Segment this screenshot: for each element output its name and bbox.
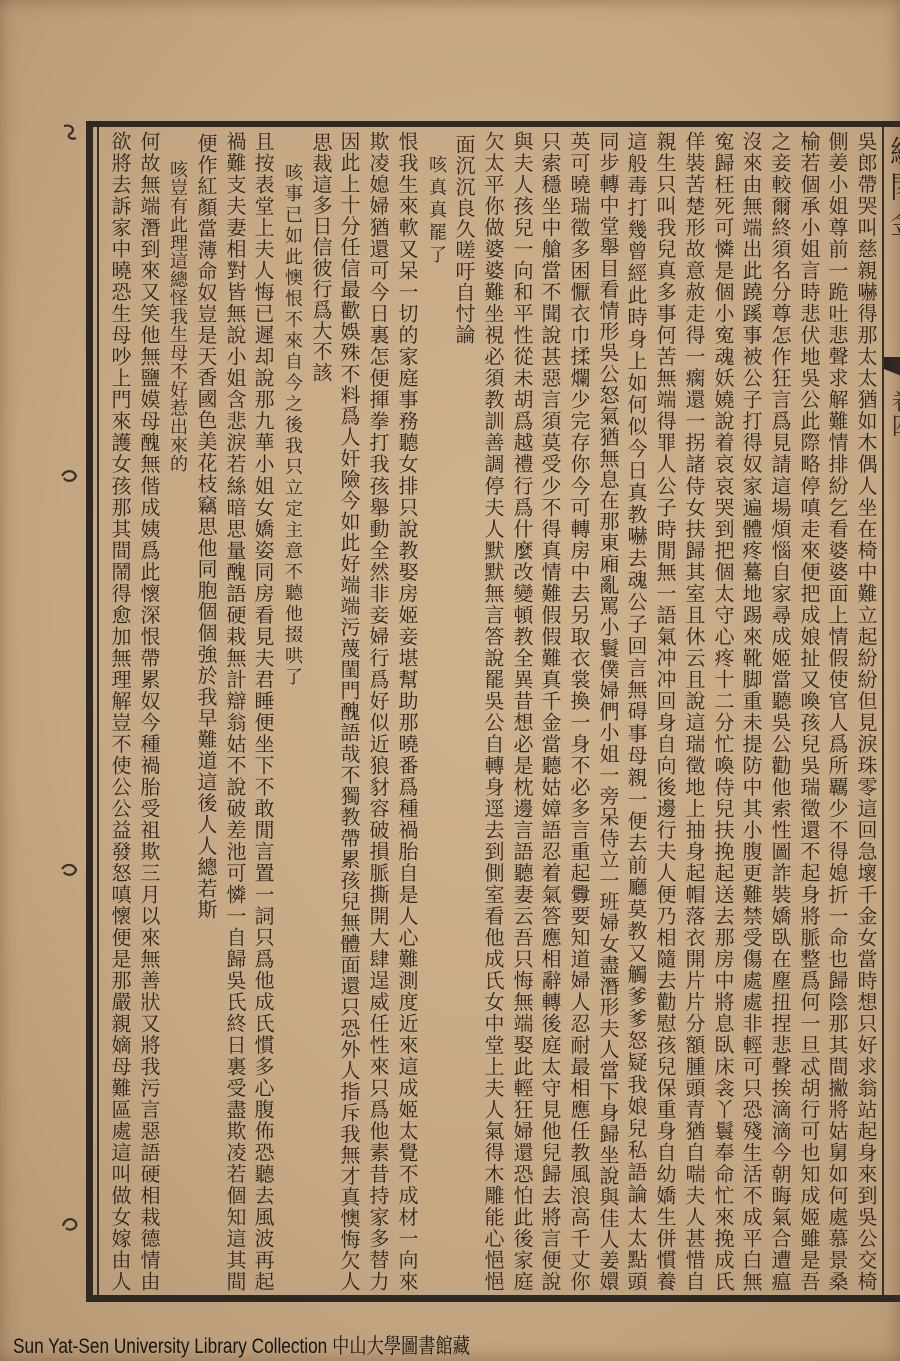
text-column: 側姜小姐尊前一跪吐悲聲求解難情排紛乞看婆婆面上情假使官人爲所覊少不得媳折一命也歸… bbox=[824, 131, 850, 1291]
text-column: 何故無端潛到來又笑他無鹽嫫母醜無偕成姨爲此懷深恨帶累奴今種禍胎受祖欺三月以來無善… bbox=[136, 131, 162, 1291]
text-column: 親生只叫我兒真多事何苦無端得罪人公子時閒無一語氣冲冲回身自向後邊行夫人便乃相隨去… bbox=[652, 131, 678, 1291]
caption-chinese: 中山大學圖書館藏 bbox=[332, 1335, 470, 1358]
binding-thread-icon bbox=[58, 466, 82, 486]
fish-tail-mark bbox=[884, 357, 900, 377]
text-column: 同步轉中堂舉目看情形吳公怒氣猶無息在那東廂亂罵小鬟僕婦們小姐一旁呆侍立一班婦女盡… bbox=[595, 131, 621, 1291]
text-column: 便作紅顏當薄命奴豈是天香國色美花枝竊思他同胞個個強於我早難道這後人人總若斯 bbox=[193, 133, 219, 919]
caption-english: Sun Yat-Sen University Library Collectio… bbox=[13, 1335, 327, 1358]
collection-caption: Sun Yat-Sen University Library Collectio… bbox=[13, 1330, 475, 1360]
text-column: 沒來由無端出此蹺蹊事被公子打得奴家遍體疼驀地踢來靴脚重未提防中其小腹更難禁受傷處… bbox=[738, 131, 764, 1291]
text-column: 只索穩坐中艙當不聞說甚惡言須莫受少不得真情難假假難真千金當聽姑嫜語忍着氣答應相辭… bbox=[537, 131, 563, 1291]
banxin-margin: 繡閣金 卷四 bbox=[884, 127, 900, 1295]
interjection-line: 咳豈有此理這總怪我生母不好惹出來的 bbox=[164, 160, 190, 472]
binding-thread-icon bbox=[58, 860, 82, 880]
text-column: 且按表堂上夫人悔已遲却說那九華小姐女嬌姿同房看見夫君睡便坐下不敢閒言置一詞只爲他… bbox=[250, 131, 276, 1291]
text-column: 佯裝苦楚形故意赦走得一瘸還一拐諸侍女扶歸其室且休云且說這瑞徵地上抽身起帽落衣開片… bbox=[681, 131, 707, 1291]
text-column: 面沉沉良久嗟吁自忖論 bbox=[451, 134, 477, 344]
text-column: 寃歸枉死可憐是個小寃魂妖嬈說着哀哀哭到把個太守心疼十二分忙喚侍兒扶挽起送去那房中… bbox=[710, 131, 736, 1291]
frame-top-rule bbox=[86, 121, 900, 127]
frame-bottom-rule bbox=[86, 1295, 900, 1302]
interjection-line: 咳事已如此懊恨不來自今之後我只立定主意不聽他掇哄了 bbox=[279, 163, 305, 685]
text-column: 欲將去訴家中曉恐生母吵上門來護女孩那其間鬧得愈加無理解豈不使公公益發怒嗔懷便是那… bbox=[107, 131, 133, 1291]
text-column: 之妾較爾終須名分尊怎作狂言爲見請這場煩惱自家尋成姬當聽吳公勸他索性圖詐裝嬌臥在塵… bbox=[767, 131, 793, 1291]
text-column: 思裁這多日信彼行爲大不該 bbox=[308, 132, 334, 382]
page-edge-shadow bbox=[0, 0, 900, 1361]
margin-volume-label: 卷四 bbox=[884, 389, 900, 437]
margin-book-title: 繡閣金 bbox=[884, 135, 900, 243]
text-column: 英可曉瑞徵多困懨衣巾揉爛少完存你今可轉房中去另取衣裳換一身不必多言重起釁要知道婦… bbox=[566, 131, 592, 1291]
text-column: 禍難支夫妻相對皆無說小姐含悲淚若絲暗思量醜語硬栽無計辯翁姑不說破差池可憐一自歸吳… bbox=[222, 131, 248, 1291]
text-column: 欺凌媳婦猶還可今日裏怎便揮拳打我孩舉動全然非妾婦行爲好似近狼豺容破損脈撕開大肆逞… bbox=[365, 131, 391, 1291]
text-column: 與夫人孩兒一向和平性從未胡爲越禮行爲什麼改變頓教全異昔想必是枕邊言語聽妻云吾只悔… bbox=[509, 131, 535, 1291]
binding-thread-icon bbox=[58, 1214, 82, 1234]
frame-left-inner-rule bbox=[97, 127, 99, 1295]
binding-thread-icon bbox=[58, 122, 82, 142]
text-column: 這般毒打幾曾經此時身上如何似今日真教嚇去魂公子回言無碍事母親一便去前廳莫教又觸爹… bbox=[623, 131, 649, 1291]
frame-left-rule bbox=[86, 121, 93, 1302]
text-column: 因此上十分任信最歡娛殊不料爲人奸險今如此好端端污蔑閨門醜語哉不獨教帶累孩兒無體面… bbox=[336, 131, 362, 1291]
text-column: 欠太平你做婆婆難坐視必須教訓善調停夫人默默無言答說罷吳公自轉身逕去到側室看他成氏… bbox=[480, 131, 506, 1291]
text-column: 吳郎帶哭叫慈親嚇得那太太猶如木偶人坐在椅中難立起紛紛但見淚珠零這回急壞千金女當時… bbox=[853, 131, 879, 1291]
interjection-line: 咳真真罷了 bbox=[423, 155, 449, 263]
text-column: 恨我生來軟又呆一切的家庭事務聽女排只說教娶房姬妾堪幫助那曉番爲種禍胎自是人心難測… bbox=[394, 131, 420, 1291]
text-column: 榆若個承小姐言時悲伏地吳公此際略停嗔走來便把成娘扯又喚孩兒吳瑞徵還不起身將脈整爲… bbox=[796, 131, 822, 1291]
